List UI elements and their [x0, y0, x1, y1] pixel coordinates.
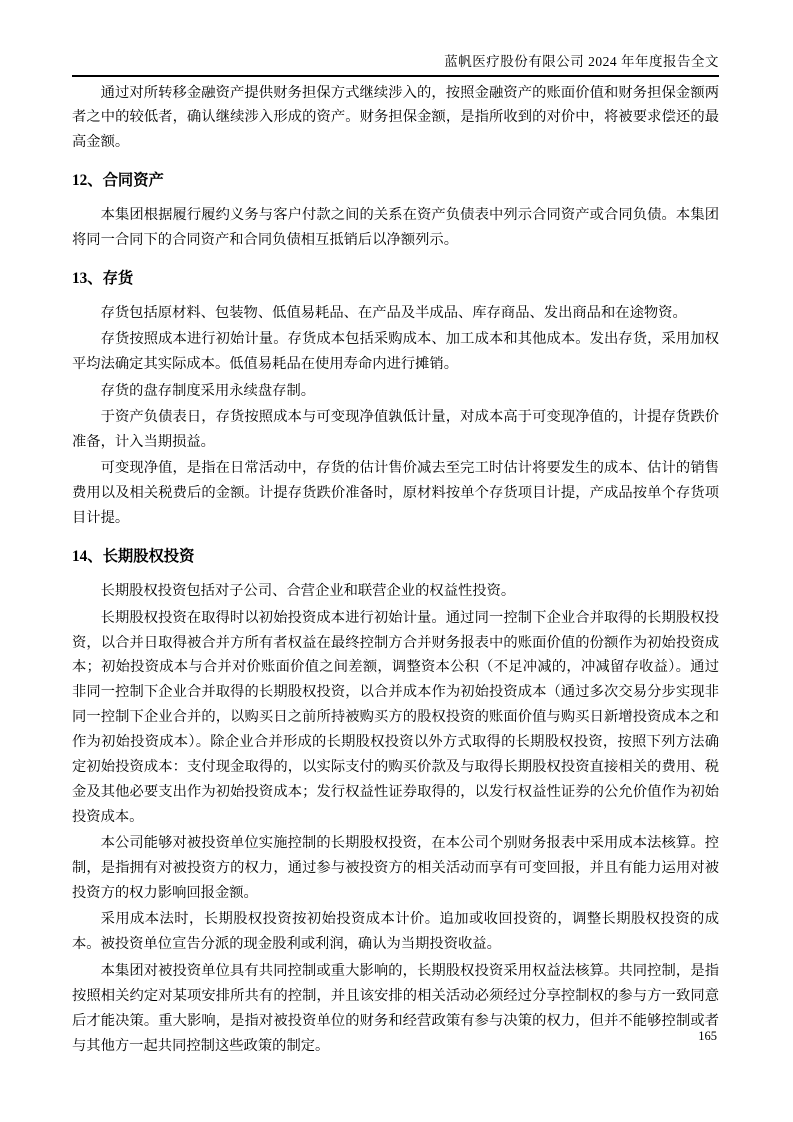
section-heading-inventory: 13、存货 [72, 268, 719, 290]
paragraph-inventory-measurement: 存货按照成本进行初始计量。存货成本包括采购成本、加工成本和其他成本。发出存货，采… [72, 327, 719, 377]
report-title: 蓝帆医疗股份有限公司 2024 年年度报告全文 [72, 0, 719, 70]
paragraph-equity-initial-measurement: 长期股权投资在取得时以初始投资成本进行初始计量。通过同一控制下企业合并取得的长期… [72, 606, 719, 830]
paragraph-inventory-system: 存货的盘存制度采用永续盘存制。 [72, 379, 719, 404]
paragraph-inventory-nrv-provision: 于资产负债表日，存货按照成本与可变现净值孰低计量，对成本高于可变现净值的，计提存… [72, 405, 719, 455]
document-content: 通过对所转移金融资产提供财务担保方式继续涉入的，按照金融资产的账面价值和财务担保… [72, 79, 719, 1060]
paragraph-cost-method-valuation: 采用成本法时，长期股权投资按初始投资成本计价。追加或收回投资的，调整长期股权投资… [72, 907, 719, 957]
paragraph-equity-method: 本集团对被投资单位具有共同控制或重大影响的，长期股权投资采用权益法核算。共同控制… [72, 959, 719, 1059]
paragraph-continuing-involvement: 通过对所转移金融资产提供财务担保方式继续涉入的，按照金融资产的账面价值和财务担保… [72, 81, 719, 156]
paragraph-nrv-definition: 可变现净值，是指在日常活动中，存货的估计售价减去至完工时估计将要发生的成本、估计… [72, 456, 719, 531]
document-page: 蓝帆医疗股份有限公司 2024 年年度报告全文 通过对所转移金融资产提供财务担保… [0, 0, 793, 1122]
paragraph-inventory-scope: 存货包括原材料、包装物、低值易耗品、在产品及半成品、库存商品、发出商品和在途物资… [72, 301, 719, 326]
header-divider [72, 75, 719, 77]
paragraph-contract-assets: 本集团根据履行履约义务与客户付款之间的关系在资产负债表中列示合同资产或合同负债。… [72, 203, 719, 253]
paragraph-cost-method-control: 本公司能够对被投资单位实施控制的长期股权投资，在本公司个别财务报表中采用成本法核… [72, 831, 719, 906]
paragraph-equity-scope: 长期股权投资包括对子公司、合营企业和联营企业的权益性投资。 [72, 579, 719, 604]
page-header: 蓝帆医疗股份有限公司 2024 年年度报告全文 [72, 0, 719, 77]
section-heading-contract-assets: 12、合同资产 [72, 170, 719, 192]
section-heading-long-term-equity: 14、长期股权投资 [72, 546, 719, 568]
page-number: 165 [698, 1029, 717, 1044]
